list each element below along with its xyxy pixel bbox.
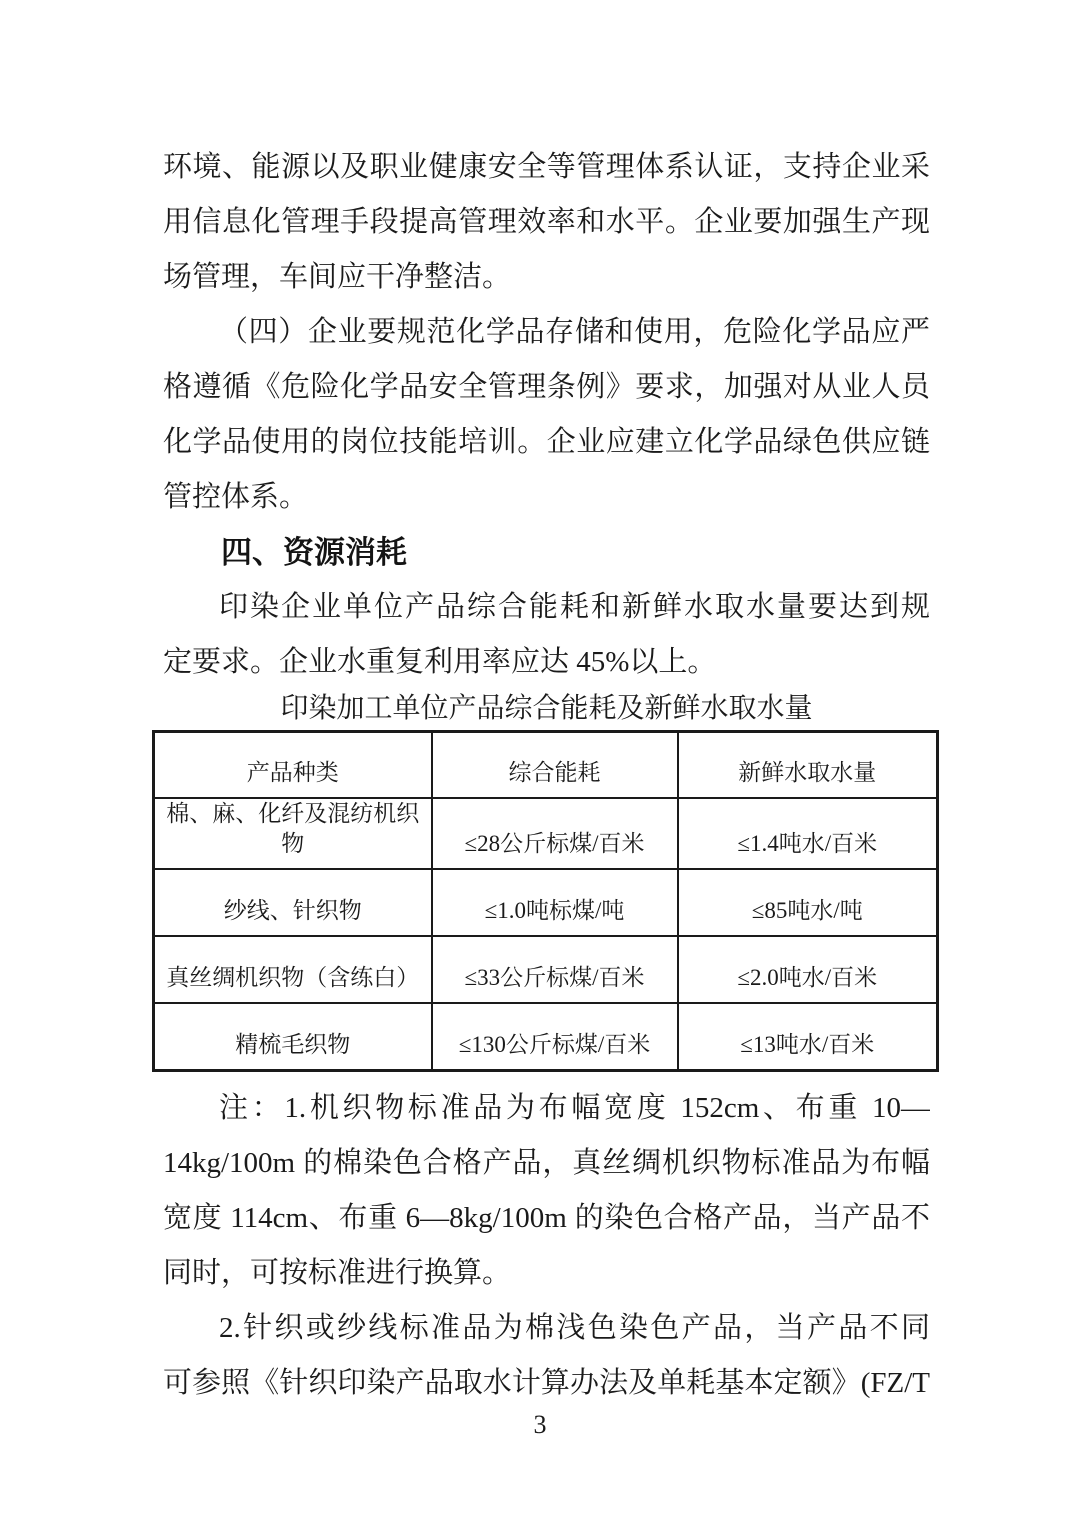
note-line: 14kg/100m 的棉染色合格产品，真丝绸机织物标准品为布幅: [163, 1136, 930, 1191]
table-row: 精梳毛织物 ≤130公斤标煤/百米 ≤13吨水/百米: [154, 1003, 938, 1071]
body-line: 定要求。企业水重复利用率应达 45%以上。: [163, 635, 930, 690]
table-cell-water: ≤2.0吨水/百米: [678, 936, 938, 1003]
body-line: 环境、能源以及职业健康安全等管理体系认证，支持企业采: [163, 140, 930, 195]
table-cell-energy: ≤33公斤标煤/百米: [432, 936, 678, 1003]
table-cell-product: 纱线、针织物: [154, 869, 432, 936]
table-cell-product: 真丝绸机织物（含练白）: [154, 936, 432, 1003]
body-line: 管控体系。: [163, 470, 930, 525]
body-line: 用信息化管理手段提高管理效率和水平。企业要加强生产现: [163, 195, 930, 250]
body-line: 化学品使用的岗位技能培训。企业应建立化学品绿色供应链: [163, 415, 930, 470]
table-row: 真丝绸机织物（含练白） ≤33公斤标煤/百米 ≤2.0吨水/百米: [154, 936, 938, 1003]
table-cell-energy: ≤130公斤标煤/百米: [432, 1003, 678, 1071]
table-row: 纱线、针织物 ≤1.0吨标煤/吨 ≤85吨水/吨: [154, 869, 938, 936]
body-line: 场管理，车间应干净整洁。: [163, 250, 930, 305]
body-line: （四）企业要规范化学品存储和使用，危险化学品应严: [163, 305, 930, 360]
note-line: 注：1.机织物标准品为布幅宽度 152cm、布重 10—: [163, 1081, 930, 1136]
table-header-row: 产品种类 综合能耗 新鲜水取水量: [154, 732, 938, 799]
table-cell-product: 精梳毛织物: [154, 1003, 432, 1071]
table-cell-energy: ≤1.0吨标煤/吨: [432, 869, 678, 936]
col-header-water: 新鲜水取水量: [678, 732, 938, 799]
page-content: 环境、能源以及职业健康安全等管理体系认证，支持企业采 用信息化管理手段提高管理效…: [163, 140, 930, 1411]
table-row: 棉、麻、化纤及混纺机织物 ≤28公斤标煤/百米 ≤1.4吨水/百米: [154, 798, 938, 869]
table-cell-product: 棉、麻、化纤及混纺机织物: [154, 798, 432, 869]
body-line: 格遵循《危险化学品安全管理条例》要求，加强对从业人员: [163, 360, 930, 415]
page-number: 3: [0, 1403, 1080, 1447]
note-line: 同时，可按标准进行换算。: [163, 1246, 930, 1301]
table-notes: 注：1.机织物标准品为布幅宽度 152cm、布重 10— 14kg/100m 的…: [163, 1081, 930, 1411]
section-heading: 四、资源消耗: [163, 525, 930, 580]
table-cell-water: ≤85吨水/吨: [678, 869, 938, 936]
table-cell-water: ≤13吨水/百米: [678, 1003, 938, 1071]
table-title: 印染加工单位产品综合能耗及新鲜水取水量: [163, 690, 930, 730]
note-line: 2.针织或纱线标准品为棉浅色染色产品，当产品不同时，: [163, 1301, 930, 1356]
table-cell-energy: ≤28公斤标煤/百米: [432, 798, 678, 869]
document-page: 环境、能源以及职业健康安全等管理体系认证，支持企业采 用信息化管理手段提高管理效…: [0, 0, 1080, 1526]
consumption-table: 产品种类 综合能耗 新鲜水取水量 棉、麻、化纤及混纺机织物 ≤28公斤标煤/百米…: [152, 730, 939, 1072]
body-line: 印染企业单位产品综合能耗和新鲜水取水量要达到规: [163, 580, 930, 635]
col-header-energy: 综合能耗: [432, 732, 678, 799]
note-line: 宽度 114cm、布重 6—8kg/100m 的染色合格产品，当产品不: [163, 1191, 930, 1246]
col-header-product: 产品种类: [154, 732, 432, 799]
table-cell-water: ≤1.4吨水/百米: [678, 798, 938, 869]
